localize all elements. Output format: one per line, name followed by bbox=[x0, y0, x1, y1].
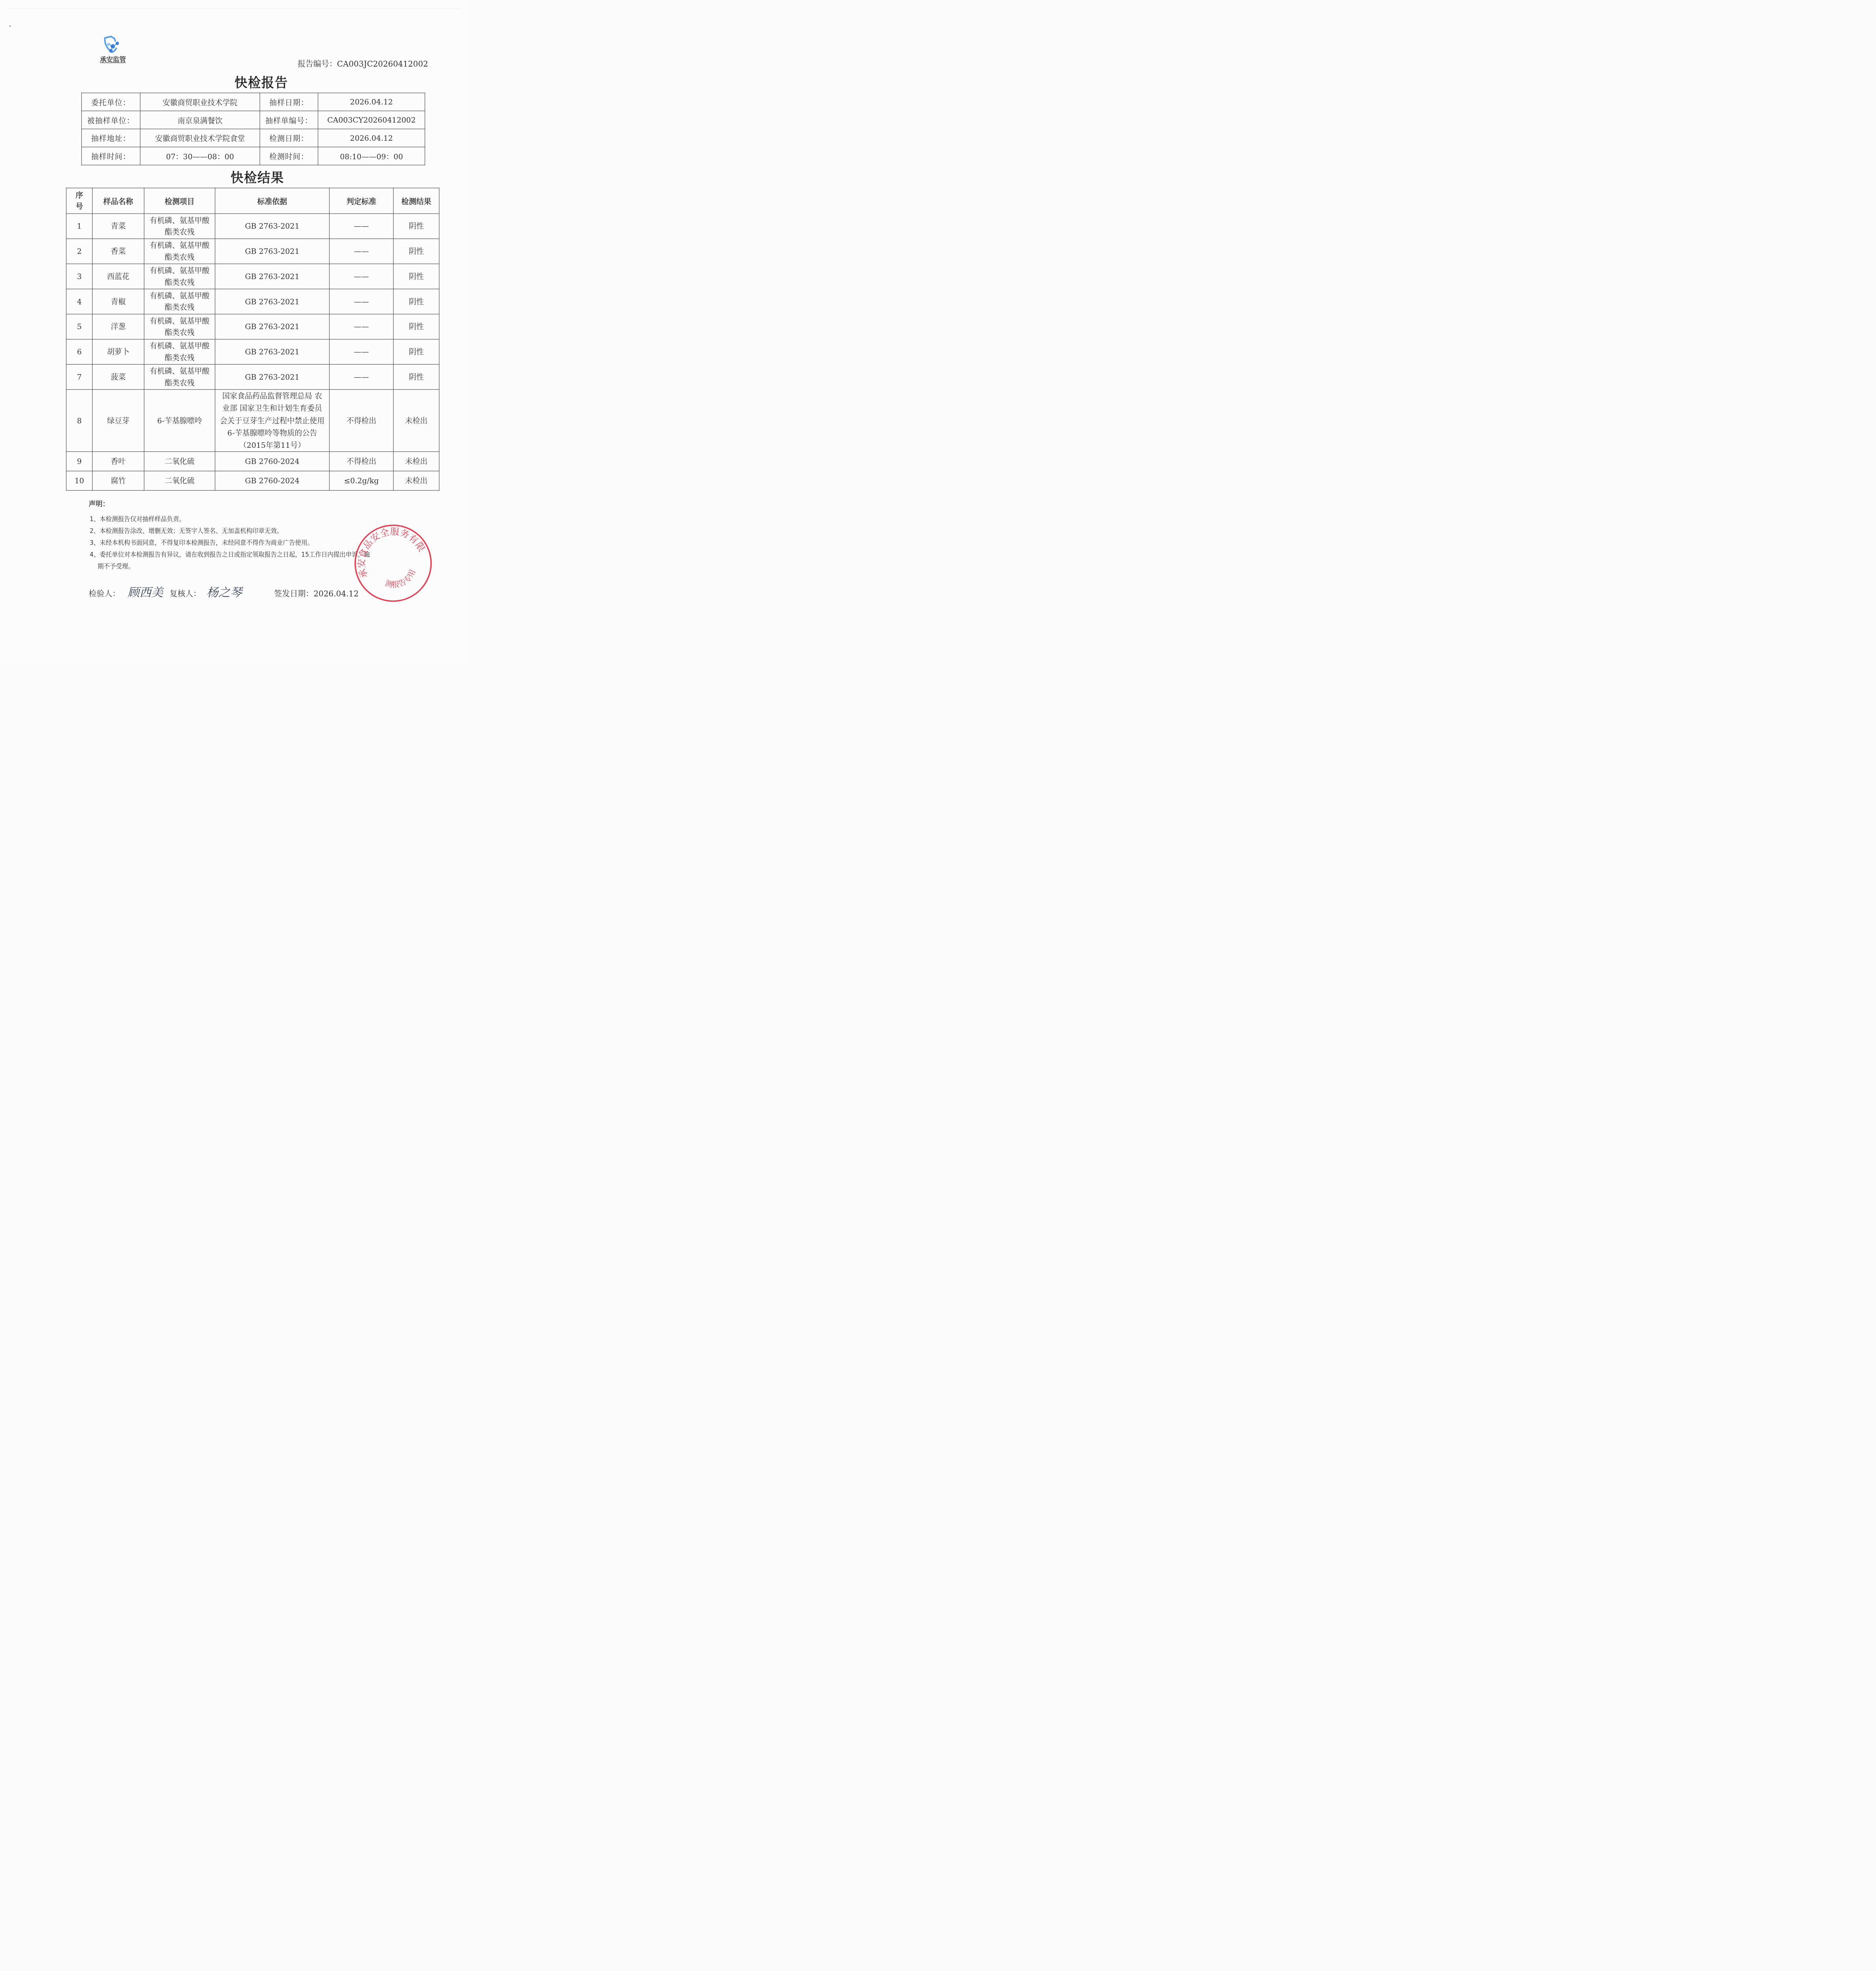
info-label: 抽样单编号： bbox=[260, 111, 318, 129]
svg-text:安徽承安食品安全服务有限公司: 安徽承安食品安全服务有限公司 bbox=[352, 522, 427, 584]
cell-seq: 3 bbox=[66, 264, 92, 289]
cell-basis: GB 2763-2021 bbox=[215, 239, 329, 264]
seq-header-line2: 号 bbox=[76, 202, 83, 211]
info-label: 委托单位： bbox=[82, 93, 140, 111]
report-number-label: 报告编号： bbox=[298, 60, 337, 69]
company-logo: 承安监管 bbox=[97, 35, 128, 65]
cell-basis: GB 2763-2021 bbox=[215, 364, 329, 389]
table-row: 7 菠菜 有机磷、氨基甲酸酯类农残 GB 2763-2021 —— 阴性 bbox=[66, 364, 439, 389]
reviewer-signature: 杨之琴 bbox=[207, 586, 242, 600]
statement-item: 3、未经本机构书面同意，不得复印本检测报告，未经同意不得作为商业广告使用。 bbox=[90, 538, 314, 546]
cell-item: 有机磷、氨基甲酸酯类农残 bbox=[144, 364, 215, 389]
cell-basis: GB 2760-2024 bbox=[215, 471, 329, 490]
cell-result: 未检出 bbox=[393, 389, 439, 452]
report-number-value: CA003JC20260412002 bbox=[337, 60, 428, 69]
cell-basis: 国家食品药品监督管理总局 农业部 国家卫生和计划生育委员会关于豆芽生产过程中禁止… bbox=[215, 389, 329, 452]
statement-heading: 声明： bbox=[89, 498, 110, 508]
info-value: 07：30——08：00 bbox=[140, 147, 260, 165]
table-row: 8 绿豆芽 6-苄基腺嘌呤 国家食品药品监督管理总局 农业部 国家卫生和计划生育… bbox=[66, 389, 439, 452]
info-value: 安徽商贸职业技术学院 bbox=[140, 93, 260, 111]
info-label: 检测日期： bbox=[260, 129, 318, 147]
cell-basis: GB 2763-2021 bbox=[215, 264, 329, 289]
info-row: 委托单位： 安徽商贸职业技术学院 抽样日期： 2026.04.12 bbox=[82, 93, 425, 111]
sampling-info-table: 委托单位： 安徽商贸职业技术学院 抽样日期： 2026.04.12 被抽样单位：… bbox=[81, 93, 425, 165]
cell-criterion: ≤0.2g/kg bbox=[329, 471, 394, 490]
table-row: 9 香叶 二氧化硫 GB 2760-2024 不得检出 未检出 bbox=[66, 452, 439, 471]
info-row: 抽样地址： 安徽商贸职业技术学院食堂 检测日期： 2026.04.12 bbox=[82, 129, 425, 147]
cell-result: 阴性 bbox=[393, 364, 439, 389]
cell-criterion: 不得检出 bbox=[329, 389, 394, 452]
cell-criterion: —— bbox=[329, 239, 394, 264]
info-label: 抽样日期： bbox=[260, 93, 318, 111]
cell-basis: GB 2760-2024 bbox=[215, 452, 329, 471]
col-header-result: 检测结果 bbox=[393, 188, 439, 214]
statement-item: 4、委托单位对本检测报告有异议，请在收到报告之日或指定领取报告之日起，15工作日… bbox=[90, 550, 370, 558]
cell-seq: 5 bbox=[66, 314, 92, 339]
cell-seq: 4 bbox=[66, 289, 92, 314]
cell-result: 阴性 bbox=[393, 214, 439, 239]
cell-sample: 胡萝卜 bbox=[92, 339, 144, 365]
col-header-item: 检测项目 bbox=[144, 188, 215, 214]
cell-criterion: —— bbox=[329, 339, 394, 365]
cell-item: 有机磷、氨基甲酸酯类农残 bbox=[144, 214, 215, 239]
col-header-basis: 标准依据 bbox=[215, 188, 329, 214]
table-row: 3 西蓝花 有机磷、氨基甲酸酯类农残 GB 2763-2021 —— 阴性 bbox=[66, 264, 439, 289]
cell-seq: 2 bbox=[66, 239, 92, 264]
scan-edge-line bbox=[8, 8, 461, 9]
table-row: 5 洋葱 有机磷、氨基甲酸酯类农残 GB 2763-2021 —— 阴性 bbox=[66, 314, 439, 339]
seal-outer-text: 安徽承安食品安全服务有限公司 bbox=[352, 522, 427, 584]
info-row: 抽样时间： 07：30——08：00 检测时间： 08:10——09：00 bbox=[82, 147, 425, 165]
cell-seq: 7 bbox=[66, 364, 92, 389]
cell-sample: 香叶 bbox=[92, 452, 144, 471]
shield-molecule-icon bbox=[97, 35, 128, 55]
cell-result: 阴性 bbox=[393, 314, 439, 339]
cell-result: 未检出 bbox=[393, 471, 439, 490]
table-row: 4 青椒 有机磷、氨基甲酸酯类农残 GB 2763-2021 —— 阴性 bbox=[66, 289, 439, 314]
table-row: 10 腐竹 二氧化硫 GB 2760-2024 ≤0.2g/kg 未检出 bbox=[66, 471, 439, 490]
reviewer-label: 复核人： bbox=[169, 589, 201, 598]
scan-speck bbox=[9, 26, 11, 27]
seq-header-line1: 序 bbox=[76, 191, 83, 199]
issue-date-label: 签发日期： bbox=[274, 589, 313, 598]
cell-result: 阴性 bbox=[393, 289, 439, 314]
cell-basis: GB 2763-2021 bbox=[215, 339, 329, 365]
cell-sample: 香菜 bbox=[92, 239, 144, 264]
results-table: 序号 样品名称 检测项目 标准依据 判定标准 检测结果 1 青菜 有机磷、氨基甲… bbox=[66, 188, 440, 491]
col-header-criterion: 判定标准 bbox=[329, 188, 394, 214]
cell-item: 二氧化硫 bbox=[144, 452, 215, 471]
info-value: 2026.04.12 bbox=[318, 93, 425, 111]
cell-seq: 1 bbox=[66, 214, 92, 239]
cell-item: 有机磷、氨基甲酸酯类农残 bbox=[144, 314, 215, 339]
cell-result: 阴性 bbox=[393, 264, 439, 289]
cell-criterion: —— bbox=[329, 314, 394, 339]
cell-item: 6-苄基腺嘌呤 bbox=[144, 389, 215, 452]
cell-criterion: 不得检出 bbox=[329, 452, 394, 471]
info-label: 检测时间： bbox=[260, 147, 318, 165]
table-row: 1 青菜 有机磷、氨基甲酸酯类农残 GB 2763-2021 —— 阴性 bbox=[66, 214, 439, 239]
official-seal: 安徽承安食品安全服务有限公司 检测报告专用章 bbox=[352, 522, 434, 604]
info-row: 被抽样单位： 南京泉满餐饮 抽样单编号： CA003CY20260412002 bbox=[82, 111, 425, 129]
statement-item: 2、本检测报告涂改、增删无效；无签字人签名、无加盖机构印章无效。 bbox=[90, 526, 283, 535]
cell-seq: 6 bbox=[66, 339, 92, 365]
cell-sample: 菠菜 bbox=[92, 364, 144, 389]
statement-item: 1、本检测报告仅对抽样样品负责。 bbox=[90, 514, 185, 523]
cell-basis: GB 2763-2021 bbox=[215, 314, 329, 339]
signature-row: 检验人： 顾西美 复核人： 杨之琴 签发日期：2026.04.12 bbox=[89, 583, 359, 600]
cell-criterion: —— bbox=[329, 364, 394, 389]
page-title: 快检报告 bbox=[234, 73, 288, 91]
cell-result: 阴性 bbox=[393, 339, 439, 365]
cell-result: 阴性 bbox=[393, 239, 439, 264]
logo-pinyin bbox=[100, 62, 126, 63]
report-number: 报告编号：CA003JC20260412002 bbox=[298, 58, 428, 69]
cell-criterion: —— bbox=[329, 264, 394, 289]
cell-seq: 9 bbox=[66, 452, 92, 471]
inspector-signature: 顾西美 bbox=[128, 586, 163, 600]
cell-sample: 绿豆芽 bbox=[92, 389, 144, 452]
inspector-label: 检验人： bbox=[89, 589, 120, 598]
cell-basis: GB 2763-2021 bbox=[215, 289, 329, 314]
col-header-seq: 序号 bbox=[66, 188, 92, 214]
info-value: 2026.04.12 bbox=[318, 129, 425, 147]
info-label: 被抽样单位： bbox=[82, 111, 140, 129]
cell-item: 二氧化硫 bbox=[144, 471, 215, 490]
results-header-row: 序号 样品名称 检测项目 标准依据 判定标准 检测结果 bbox=[66, 188, 439, 214]
cell-item: 有机磷、氨基甲酸酯类农残 bbox=[144, 239, 215, 264]
col-header-sample: 样品名称 bbox=[92, 188, 144, 214]
info-value: 08:10——09：00 bbox=[318, 147, 425, 165]
info-value: 安徽商贸职业技术学院食堂 bbox=[140, 129, 260, 147]
table-row: 2 香菜 有机磷、氨基甲酸酯类农残 GB 2763-2021 —— 阴性 bbox=[66, 239, 439, 264]
cell-seq: 10 bbox=[66, 471, 92, 490]
cell-criterion: —— bbox=[329, 289, 394, 314]
cell-result: 未检出 bbox=[393, 452, 439, 471]
info-label: 抽样时间： bbox=[82, 147, 140, 165]
statement-item-continuation: 期不予受理。 bbox=[98, 561, 134, 570]
table-row: 6 胡萝卜 有机磷、氨基甲酸酯类农残 GB 2763-2021 —— 阴性 bbox=[66, 339, 439, 365]
info-value: 南京泉满餐饮 bbox=[140, 111, 260, 129]
cell-sample: 青椒 bbox=[92, 289, 144, 314]
cell-basis: GB 2763-2021 bbox=[215, 214, 329, 239]
results-title: 快检结果 bbox=[231, 168, 284, 186]
cell-sample: 洋葱 bbox=[92, 314, 144, 339]
info-value: CA003CY20260412002 bbox=[318, 111, 425, 129]
red-seal-icon: 安徽承安食品安全服务有限公司 检测报告专用章 bbox=[352, 522, 434, 604]
cell-criterion: —— bbox=[329, 214, 394, 239]
cell-item: 有机磷、氨基甲酸酯类农残 bbox=[144, 339, 215, 365]
cell-sample: 西蓝花 bbox=[92, 264, 144, 289]
cell-item: 有机磷、氨基甲酸酯类农残 bbox=[144, 264, 215, 289]
cell-seq: 8 bbox=[66, 389, 92, 452]
cell-item: 有机磷、氨基甲酸酯类农残 bbox=[144, 289, 215, 314]
cell-sample: 腐竹 bbox=[92, 471, 144, 490]
info-label: 抽样地址： bbox=[82, 129, 140, 147]
cell-sample: 青菜 bbox=[92, 214, 144, 239]
report-page: 承安监管 报告编号：CA003JC20260412002 快检报告 委托单位： … bbox=[0, 0, 469, 663]
